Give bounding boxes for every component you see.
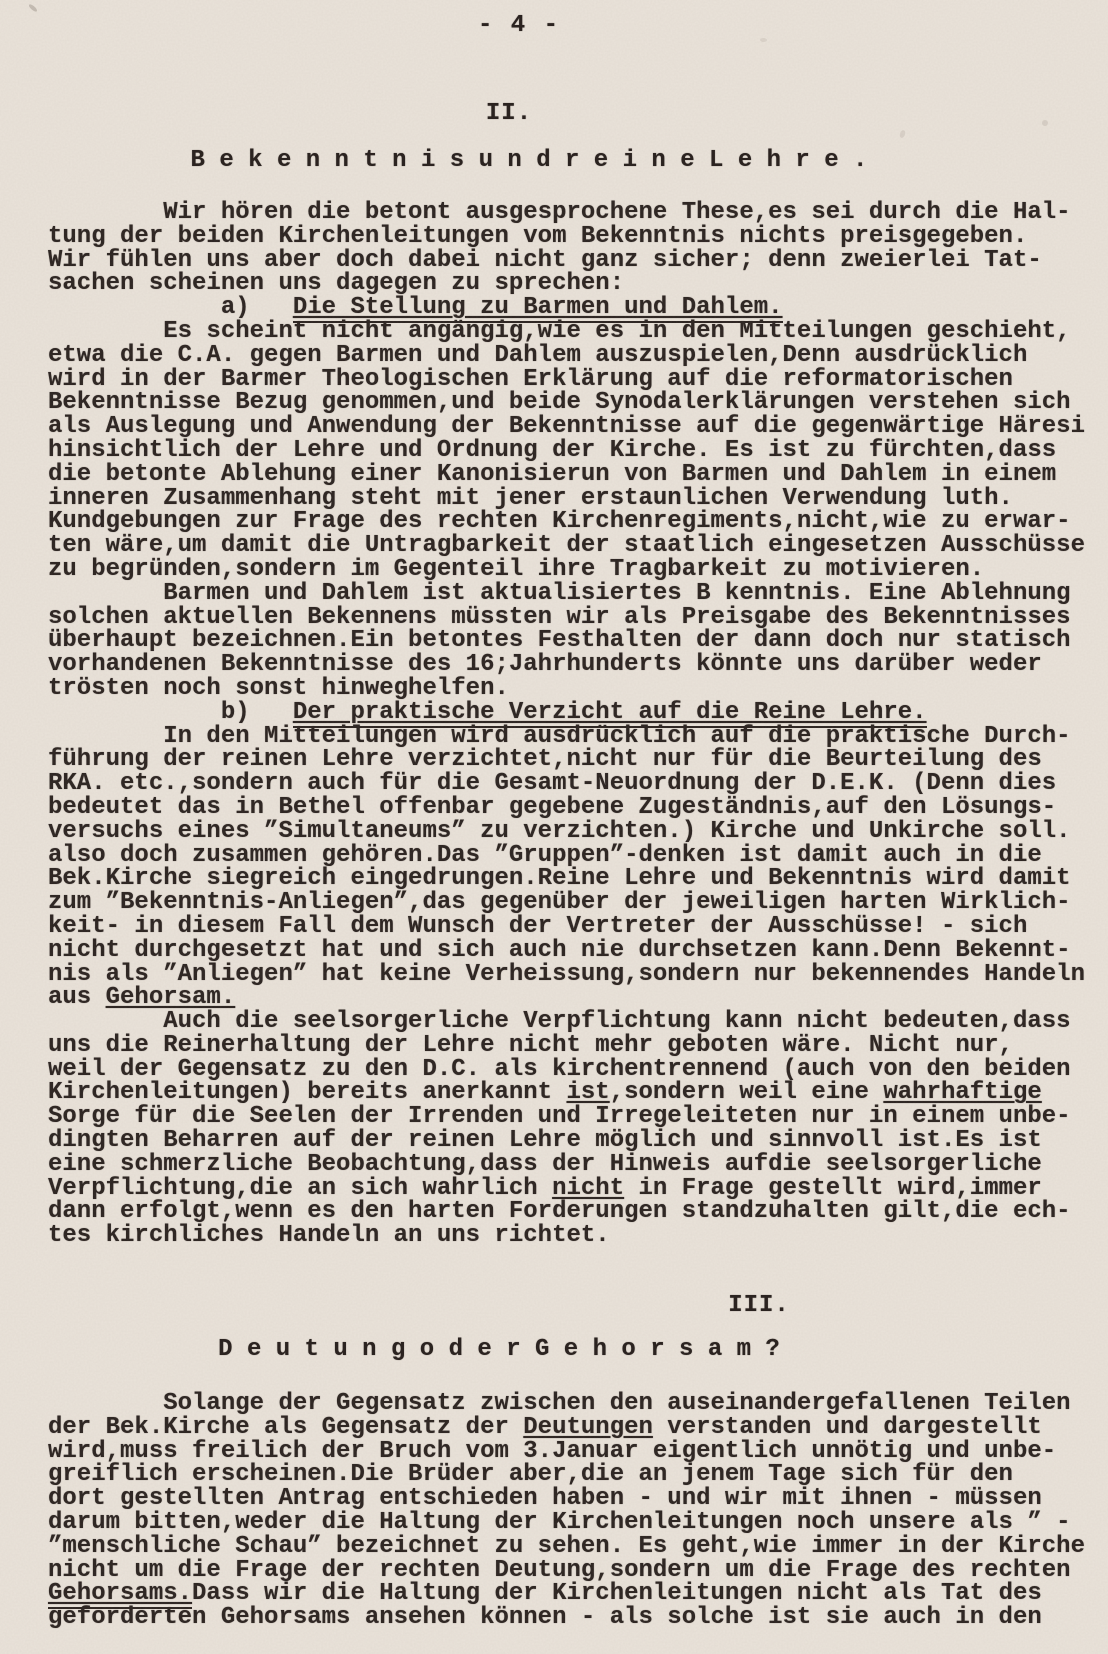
text-line: versuchs eines ”Simultaneums” zu verzich… [48, 820, 1108, 844]
text-line: Bek.Kirche siegreich eingedrungen.Reine … [48, 867, 1108, 891]
text-line: etwa die C.A. gegen Barmen und Dahlem au… [48, 344, 1108, 368]
section-numeral: III. [205, 1294, 1108, 1318]
section-2: III.D e u t u n g o d e r G e h o r s a … [0, 1294, 1108, 1630]
text-line: ”menschliche Schau” bezeichnet zu sehen.… [48, 1535, 1108, 1559]
text-line: bedeutet das in Bethel offenbar gegebene… [48, 796, 1108, 820]
section-1: II.B e k e n n t n i s u n d r e i n e L… [0, 102, 1108, 1248]
text-line: dann erfolgt,wenn es den harten Forderun… [48, 1200, 1108, 1224]
text-line: zu begründen,sondern im Gegenteil ihre T… [48, 558, 1108, 582]
text-line: Verpflichtung,die an sich wahrlich nicht… [48, 1177, 1108, 1201]
text-line: greiflich erscheinen.Die Brüder aber,die… [48, 1463, 1108, 1487]
text-line: Auch die seelsorgerliche Verpflichtung k… [48, 1010, 1108, 1034]
text-block: Auch die seelsorgerliche Verpflichtung k… [48, 1010, 1108, 1248]
text-line: tes kirchliches Handeln an uns richtet. [48, 1224, 1108, 1248]
text-line: geforderten Gehorsams ansehen können - a… [48, 1606, 1108, 1630]
text-line: nicht um die Frage der rechten Deutung,s… [48, 1559, 1108, 1583]
text-line: der Bek.Kirche als Gegensatz der Deutung… [48, 1416, 1108, 1440]
text-line: Gehorsams.Dass wir die Haltung der Kirch… [48, 1582, 1108, 1606]
section-title: B e k e n n t n i s u n d r e i n e L e … [0, 149, 1083, 173]
text-line: keit- in diesem Fall dem Wunsch der Vert… [48, 915, 1108, 939]
text-block: Es scheint nicht angängig,wie es in den … [48, 320, 1108, 582]
text-line: nis als ”Anliegen” hat keine Verheissung… [48, 963, 1108, 987]
text-line: Kirchenleitungen) bereits anerkannt ist,… [48, 1081, 1108, 1105]
text-line: nicht durchgesetzt hat und sich auch nie… [48, 939, 1108, 963]
text-segment: geforderten Gehorsams ansehen können - a… [48, 1604, 1042, 1631]
text-block: a) Die Stellung zu Barmen und Dahlem. [48, 296, 1108, 320]
text-block: In den Mitteilungen wird ausdrücklich au… [48, 725, 1108, 1011]
text-line: Wir hören die betont ausgesprochene Thes… [48, 201, 1108, 225]
text-line: die betonte Ablehung einer Kanonisierun … [48, 463, 1108, 487]
section-text: Solange der Gegensatz zwischen den ausei… [0, 1392, 1108, 1630]
text-line: eine schmerzliche Beobachtung,dass der H… [48, 1153, 1108, 1177]
text-line: Kundgebungen zur Frage des rechten Kirch… [48, 510, 1108, 534]
text-block: Solange der Gegensatz zwischen den ausei… [48, 1392, 1108, 1630]
text-line: aus Gehorsam. [48, 986, 1108, 1010]
document-page: - 4 - II.B e k e n n t n i s u n d r e i… [0, 0, 1108, 1654]
text-line: Bekenntnisse Bezug genommen,und beide Sy… [48, 391, 1108, 415]
text-line: darum bitten,weder die Haltung der Kirch… [48, 1511, 1108, 1535]
text-line: vorhandenen Bekenntnisse des 16;Jahrhund… [48, 653, 1108, 677]
text-segment: tes kirchliches Handeln an uns richtet. [48, 1222, 610, 1249]
text-line: also doch zusammen gehören.Das ”Gruppen”… [48, 844, 1108, 868]
text-line: Es scheint nicht angängig,wie es in den … [48, 320, 1108, 344]
text-line: In den Mitteilungen wird ausdrücklich au… [48, 725, 1108, 749]
section-numeral: II. [0, 102, 1063, 126]
text-line: als Auslegung und Anwendung der Bekenntn… [48, 415, 1108, 439]
text-line: solchen aktuellen Bekennens müssten wir … [48, 606, 1108, 630]
document-body: II.B e k e n n t n i s u n d r e i n e L… [0, 102, 1108, 1630]
text-line: Sorge für die Seelen der Irrenden und Ir… [48, 1105, 1108, 1129]
text-line: ten wäre,um damit die Untragbarkeit der … [48, 534, 1108, 558]
text-line: überhaupt bezeichnen.Ein betontes Festha… [48, 629, 1108, 653]
text-line: a) Die Stellung zu Barmen und Dahlem. [48, 296, 1108, 320]
text-line: führung der reinen Lehre verzichtet,nich… [48, 748, 1108, 772]
text-line: zum ”Bekenntnis-Anliegen”,das gegenüber … [48, 891, 1108, 915]
text-line: sachen scheinen uns dagegen zu sprechen: [48, 272, 1108, 296]
text-line: dingten Beharren auf der reinen Lehre mö… [48, 1129, 1108, 1153]
text-line: weil der Gegensatz zu den D.C. als kirch… [48, 1058, 1108, 1082]
text-line: hinsichtlich der Lehre und Ordnung der K… [48, 439, 1108, 463]
text-block: Barmen und Dahlem ist aktualisiertes B k… [48, 582, 1108, 701]
text-line: trösten noch sonst hinweghelfen. [48, 677, 1108, 701]
text-line: dort gestellten Antrag entschieden haben… [48, 1487, 1108, 1511]
text-block: b) Der praktische Verzicht auf die Reine… [48, 701, 1108, 725]
section-title: D e u t u n g o d e r G e h o r s a m ? [0, 1338, 1053, 1362]
text-line: uns die Reinerhaltung der Lehre nicht me… [48, 1034, 1108, 1058]
text-line: Wir fühlen uns aber doch dabei nicht gan… [48, 249, 1108, 273]
text-line: RKA. etc.,sondern auch für die Gesamt-Ne… [48, 772, 1108, 796]
text-line: wird,muss freilich der Bruch vom 3.Janua… [48, 1440, 1108, 1464]
text-line: Solange der Gegensatz zwischen den ausei… [48, 1392, 1108, 1416]
text-line: Barmen und Dahlem ist aktualisiertes B k… [48, 582, 1108, 606]
text-line: b) Der praktische Verzicht auf die Reine… [48, 701, 1108, 725]
text-block: Wir hören die betont ausgesprochene Thes… [48, 201, 1108, 296]
text-line: tung der beiden Kirchenleitungen vom Bek… [48, 225, 1108, 249]
section-text: Wir hören die betont ausgesprochene Thes… [0, 201, 1108, 1248]
text-line: wird in der Barmer Theologischen Erkläru… [48, 368, 1108, 392]
page-number: - 4 - [0, 0, 1073, 38]
text-line: inneren Zusammenhang steht mit jener ers… [48, 487, 1108, 511]
paper-stain [760, 38, 767, 42]
